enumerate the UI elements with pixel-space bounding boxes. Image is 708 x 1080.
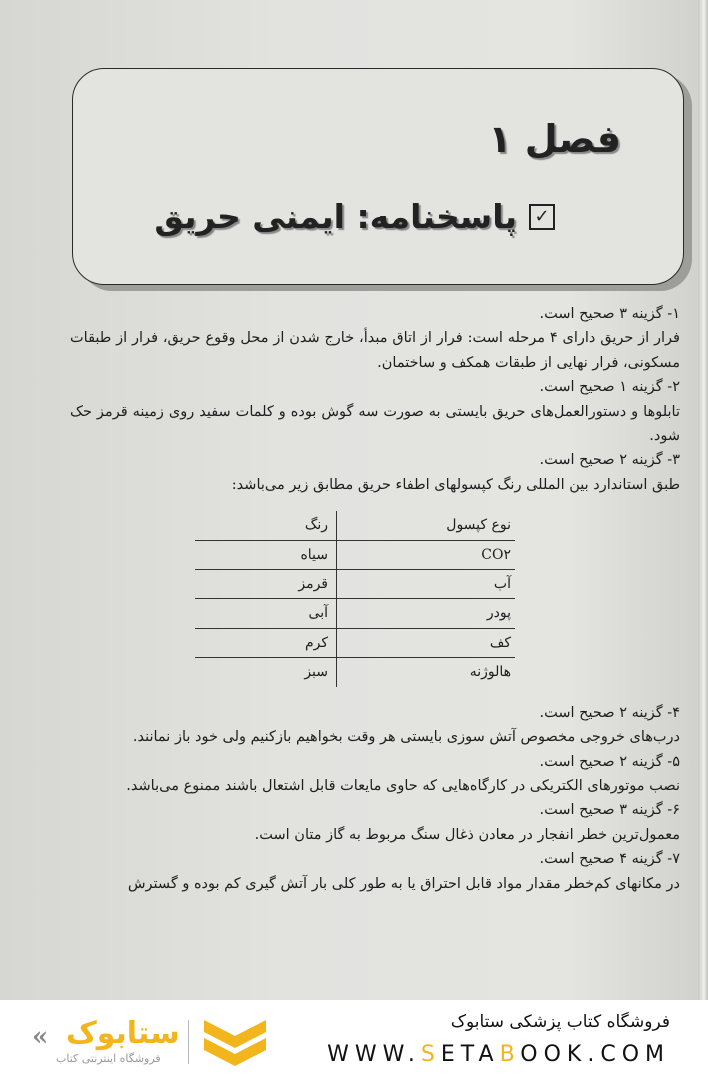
chapter-title-text: پاسخنامه: ایمنی حریق <box>154 197 517 236</box>
answer-1-heading: ۱- گزینه ۳ صحیح است. <box>70 302 680 326</box>
logo-divider <box>188 1020 189 1064</box>
store-name: فروشگاه کتاب پزشکی ستابوک <box>451 1012 670 1032</box>
chapter-header-box: فصل ۱ ✓ پاسخنامه: ایمنی حریق <box>72 68 684 285</box>
answers-body: ۱- گزینه ۳ صحیح است. فرار از حریق دارای … <box>70 302 680 896</box>
color-cell: آبی <box>195 599 337 628</box>
url-highlight: S <box>421 1042 441 1067</box>
capsule-type-cell: کف <box>337 628 516 657</box>
logo-wordmark: ستابوک <box>66 1016 180 1051</box>
answer-3-explanation: طبق استاندارد بین المللی رنگ کپسولهای اط… <box>70 473 680 497</box>
answer-7-heading: ۷- گزینه ۴ صحیح است. <box>70 847 680 871</box>
store-footer-banner: « ستابوک فروشگاه اینترنتی کتاب فروشگاه ک… <box>0 1000 708 1080</box>
table-row: آب قرمز <box>195 570 515 599</box>
answer-5-heading: ۵- گزینه ۲ صحیح است. <box>70 750 680 774</box>
logo-subtitle: فروشگاه اینترنتی کتاب <box>56 1052 161 1065</box>
table-row: کف کرم <box>195 628 515 657</box>
color-cell: قرمز <box>195 570 337 599</box>
checkbox-checked-icon: ✓ <box>529 204 555 230</box>
chapter-title: ✓ پاسخنامه: ایمنی حریق <box>154 197 555 236</box>
url-part: WWW. <box>327 1042 421 1067</box>
chevron-emblem-icon <box>202 1018 268 1068</box>
answer-1-explanation: فرار از حریق دارای ۴ مرحله است: فرار از … <box>70 326 680 375</box>
double-chevron-left-icon: « <box>32 1022 48 1052</box>
store-url[interactable]: WWW.SETABOOK.COM <box>327 1042 670 1067</box>
header-capsule-type: نوع کپسول <box>337 511 516 540</box>
answer-4-explanation: درب‌های خروجی مخصوص آتش سوزی بایستی هر و… <box>70 725 680 749</box>
capsule-type-cell: هالوژنه <box>337 658 516 687</box>
book-page: فصل ۱ ✓ پاسخنامه: ایمنی حریق ۱- گزینه ۳ … <box>0 0 708 1000</box>
capsule-color-table: نوع کپسول رنگ CO۲ سیاه آب قرمز پودر آبی … <box>195 511 515 686</box>
url-part: ETA <box>441 1042 500 1067</box>
table-row: CO۲ سیاه <box>195 540 515 569</box>
answer-4-heading: ۴- گزینه ۲ صحیح است. <box>70 701 680 725</box>
url-highlight: B <box>500 1042 521 1067</box>
setabook-logo[interactable]: « ستابوک فروشگاه اینترنتی کتاب <box>28 1014 268 1070</box>
capsule-type-cell: آب <box>337 570 516 599</box>
capsule-type-cell: پودر <box>337 599 516 628</box>
table-row: هالوژنه سبز <box>195 658 515 687</box>
capsule-type-cell: CO۲ <box>337 540 516 569</box>
color-cell: سیاه <box>195 540 337 569</box>
answer-6-explanation: معمول‌ترین خطر انفجار در معادن ذغال سنگ … <box>70 823 680 847</box>
color-cell: کرم <box>195 628 337 657</box>
answer-3-heading: ۳- گزینه ۲ صحیح است. <box>70 448 680 472</box>
answer-6-heading: ۶- گزینه ۳ صحیح است. <box>70 798 680 822</box>
page-edge <box>698 0 708 1000</box>
header-color: رنگ <box>195 511 337 540</box>
answer-2-heading: ۲- گزینه ۱ صحیح است. <box>70 375 680 399</box>
answer-7-explanation: در مکانهای کم‌خطر مقدار مواد قابل احتراق… <box>70 872 680 896</box>
url-part: OOK.COM <box>520 1042 670 1067</box>
chapter-number: فصل ۱ <box>488 117 621 161</box>
answer-5-explanation: نصب موتورهای الکتریکی در کارگاه‌هایی که … <box>70 774 680 798</box>
answer-2-explanation: تابلوها و دستورالعمل‌های حریق بایستی به … <box>70 400 680 449</box>
table-row: پودر آبی <box>195 599 515 628</box>
table-header-row: نوع کپسول رنگ <box>195 511 515 540</box>
color-cell: سبز <box>195 658 337 687</box>
